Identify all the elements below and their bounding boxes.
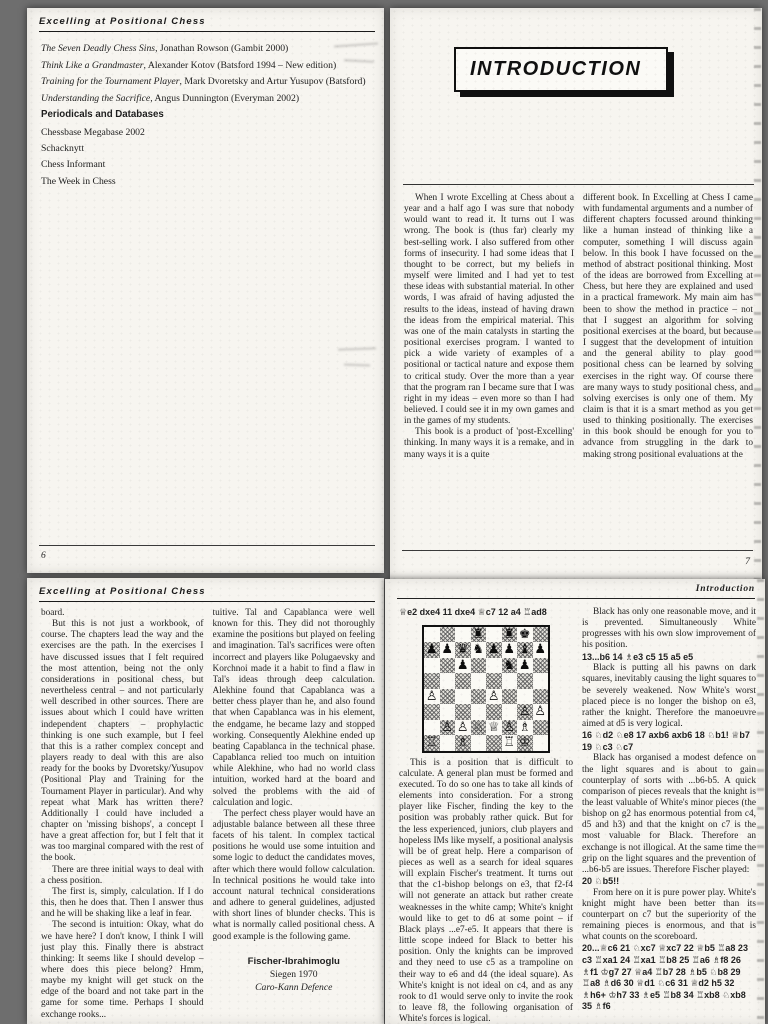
text-column-right: Black has only one reasonable move, and … xyxy=(582,607,756,1024)
periodical-item: Chess Informant xyxy=(41,157,145,173)
text-columns: When I wrote Excelling at Chess about a … xyxy=(404,193,753,542)
board-square xyxy=(455,627,471,643)
paragraph: The perfect chess player would have an a… xyxy=(213,809,376,943)
board-square xyxy=(471,704,487,720)
text-column-left: board.But this is not just a workbook, o… xyxy=(41,608,204,1024)
document-canvas: Excelling at Positional Chess The Seven … xyxy=(0,0,768,1024)
game-header: Fischer-IbrahimogluSiegen 1970Caro-Kann … xyxy=(213,955,376,995)
book-title: The Seven Deadly Chess Sins xyxy=(41,43,155,54)
board-square: ♙ xyxy=(424,689,440,705)
bibliography-entry: Understanding the Sacrifice, Angus Dunni… xyxy=(41,91,376,108)
text-column-right: tuitive. Tal and Capablanca were well kn… xyxy=(213,608,376,1024)
book-author: , Mark Dvoretsky and Artur Yusupov (Bats… xyxy=(180,76,366,87)
text-column-left: ♕e2 dxe4 11 dxe4 ♕c7 12 a4 ♖ad8♜♜♚♟♟♛♞♟♟… xyxy=(399,607,573,1024)
board-square: ♙ xyxy=(502,720,518,736)
board-square xyxy=(440,627,456,643)
chess-moves: 13...b6 14 ♗e3 c5 15 a5 e5 xyxy=(582,652,756,664)
board-square xyxy=(517,673,533,689)
chapter-title-box: INTRODUCTION xyxy=(454,47,668,92)
board-square xyxy=(533,720,549,736)
board-square xyxy=(471,689,487,705)
board-square: ♜ xyxy=(471,627,487,643)
section-heading: Periodicals and Databases xyxy=(41,109,164,120)
scanned-book-view: { "pages": { "topLeft": { "header": "Exc… xyxy=(0,0,768,1024)
periodical-item: Schacknytt xyxy=(41,141,145,157)
periodical-item: The Week in Chess xyxy=(41,174,145,190)
scan-artifact xyxy=(344,364,370,367)
paragraph: This book is a product of 'post-Excellin… xyxy=(404,427,574,460)
board-square xyxy=(533,658,549,674)
game-event: Siegen 1970 xyxy=(213,968,376,981)
chess-moves: 20 ♘b5!! xyxy=(582,876,756,888)
bibliography-entry: Think Like a Grandmaster, Alexander Koto… xyxy=(41,58,376,75)
board-square xyxy=(486,658,502,674)
running-header: Excelling at Positional Chess xyxy=(39,16,375,32)
board-square xyxy=(533,673,549,689)
chess-moves: 16 ♘d2 ♘e8 17 axb6 axb6 18 ♘b1! ♕b7 19 ♘… xyxy=(582,730,756,753)
board-square xyxy=(517,689,533,705)
board-square: ♟ xyxy=(440,642,456,658)
bibliography-entry: Training for the Tournament Player, Mark… xyxy=(41,74,376,91)
paragraph: This is a position that is difficult to … xyxy=(399,758,573,1024)
paragraph: There are three initial ways to deal wit… xyxy=(41,865,204,887)
board-square: ♙ xyxy=(533,704,549,720)
chapter-title: INTRODUCTION xyxy=(470,58,641,81)
paragraph: But this is not just a workbook, of cour… xyxy=(41,619,204,864)
board-square xyxy=(440,673,456,689)
board-square xyxy=(486,735,502,751)
board-square xyxy=(424,704,440,720)
board-square xyxy=(440,658,456,674)
board-square xyxy=(502,704,518,720)
scan-artifact xyxy=(338,347,376,350)
paragraph: From here on it is pure power play. Whit… xyxy=(582,888,756,944)
page-number: 7 xyxy=(745,557,750,567)
board-square: ♘ xyxy=(471,720,487,736)
board-square xyxy=(486,627,502,643)
board-square xyxy=(455,704,471,720)
board-square: ♕ xyxy=(486,720,502,736)
board-square: ♟ xyxy=(424,642,440,658)
page-9: Introduction ♕e2 dxe4 11 dxe4 ♕c7 12 a4 … xyxy=(385,579,765,1024)
paragraph: tuitive. Tal and Capablanca were well kn… xyxy=(213,608,376,809)
board-square: ♙ xyxy=(486,689,502,705)
bibliography-list: The Seven Deadly Chess Sins, Jonathan Ro… xyxy=(41,41,376,107)
paragraph: When I wrote Excelling at Chess about a … xyxy=(404,193,574,427)
board-square: ♟ xyxy=(502,642,518,658)
paragraph: Black has organised a modest defence on … xyxy=(582,753,756,876)
paragraph: Black has only one reasonable move, and … xyxy=(582,607,756,652)
board-square: ♞ xyxy=(471,642,487,658)
board-square: ♜ xyxy=(502,627,518,643)
board-square: ♟ xyxy=(517,658,533,674)
board-square: ♙ xyxy=(440,720,456,736)
text-columns: ♕e2 dxe4 11 dxe4 ♕c7 12 a4 ♖ad8♜♜♚♟♟♛♞♟♟… xyxy=(399,607,756,1024)
text-column-right: different book. In Excelling at Chess I … xyxy=(583,193,753,542)
bibliography-entry: The Seven Deadly Chess Sins, Jonathan Ro… xyxy=(41,41,376,58)
board-square xyxy=(440,704,456,720)
board-square xyxy=(533,735,549,751)
periodical-item: Chessbase Megabase 2002 xyxy=(41,125,145,141)
board-square: ♗ xyxy=(517,720,533,736)
board-square xyxy=(502,673,518,689)
book-author: , Angus Dunnington (Everyman 2002) xyxy=(150,93,299,104)
chess-moves: ♕e2 dxe4 11 dxe4 ♕c7 12 a4 ♖ad8 xyxy=(399,607,573,619)
footer-rule xyxy=(39,545,375,546)
board-square xyxy=(471,673,487,689)
scan-artifact xyxy=(757,579,764,1024)
running-header: Excelling at Positional Chess xyxy=(39,586,375,602)
book-author: , Jonathan Rowson (Gambit 2000) xyxy=(155,43,288,54)
page-7: INTRODUCTION When I wrote Excelling at C… xyxy=(390,8,762,580)
paragraph: The first is, simply, calculation. If I … xyxy=(41,887,204,920)
board-square xyxy=(440,735,456,751)
book-author: , Alexander Kotov (Batsford 1994 – New e… xyxy=(144,60,337,71)
page-number: 6 xyxy=(41,551,46,561)
board-square xyxy=(471,658,487,674)
text-column-left: When I wrote Excelling at Chess about a … xyxy=(404,193,574,542)
running-header: Introduction xyxy=(397,584,755,599)
board-square: ♛ xyxy=(455,642,471,658)
book-title: Think Like a Grandmaster xyxy=(41,60,144,71)
header-rule xyxy=(403,184,754,185)
scan-artifact xyxy=(754,8,761,580)
board-square: ♗ xyxy=(455,735,471,751)
game-opening: Caro-Kann Defence xyxy=(213,981,376,994)
board-square: ♟ xyxy=(486,642,502,658)
page-8: Excelling at Positional Chess board.But … xyxy=(27,578,384,1024)
board-square: ♚ xyxy=(517,627,533,643)
board-square xyxy=(424,720,440,736)
book-title: Training for the Tournament Player xyxy=(41,76,180,87)
paragraph: Black is putting all his pawns on dark s… xyxy=(582,663,756,730)
chess-diagram: ♜♜♚♟♟♛♞♟♟♝♟♟♞♟♙♙♙♙♙♙♘♕♙♗♖♗♖♔ xyxy=(422,625,550,753)
board-square: ♙ xyxy=(455,720,471,736)
chess-moves: 20...♕c6 21 ♘xc7 ♕xc7 22 ♕b5 ♖a8 23 c3 ♖… xyxy=(582,943,756,1013)
paragraph: The second is intuition: Okay, what do w… xyxy=(41,920,204,1020)
board-square: ♟ xyxy=(533,642,549,658)
board-square xyxy=(424,627,440,643)
footer-rule xyxy=(402,550,753,551)
board-square: ♝ xyxy=(517,642,533,658)
game-players: Fischer-Ibrahimoglu xyxy=(213,955,376,969)
paragraph: board. xyxy=(41,608,204,619)
running-header-label: Introduction xyxy=(696,584,755,594)
board-square: ♔ xyxy=(517,735,533,751)
paragraph: different book. In Excelling at Chess I … xyxy=(583,193,753,461)
board-square: ♞ xyxy=(502,658,518,674)
board-square xyxy=(502,689,518,705)
board-square: ♙ xyxy=(517,704,533,720)
page-6: Excelling at Positional Chess The Seven … xyxy=(27,8,384,573)
board-square xyxy=(424,673,440,689)
book-title: Understanding the Sacrifice xyxy=(41,93,150,104)
board-square: ♟ xyxy=(455,658,471,674)
board-square xyxy=(455,673,471,689)
board-square xyxy=(486,673,502,689)
board-square xyxy=(455,689,471,705)
board-square: ♖ xyxy=(424,735,440,751)
board-square xyxy=(471,735,487,751)
board-square xyxy=(533,627,549,643)
board-square xyxy=(424,658,440,674)
board-square xyxy=(486,704,502,720)
board-square xyxy=(533,689,549,705)
board-square xyxy=(440,689,456,705)
board-square: ♖ xyxy=(502,735,518,751)
text-columns: board.But this is not just a workbook, o… xyxy=(41,608,375,1024)
periodicals-list: Chessbase Megabase 2002 Schacknytt Chess… xyxy=(41,125,145,190)
